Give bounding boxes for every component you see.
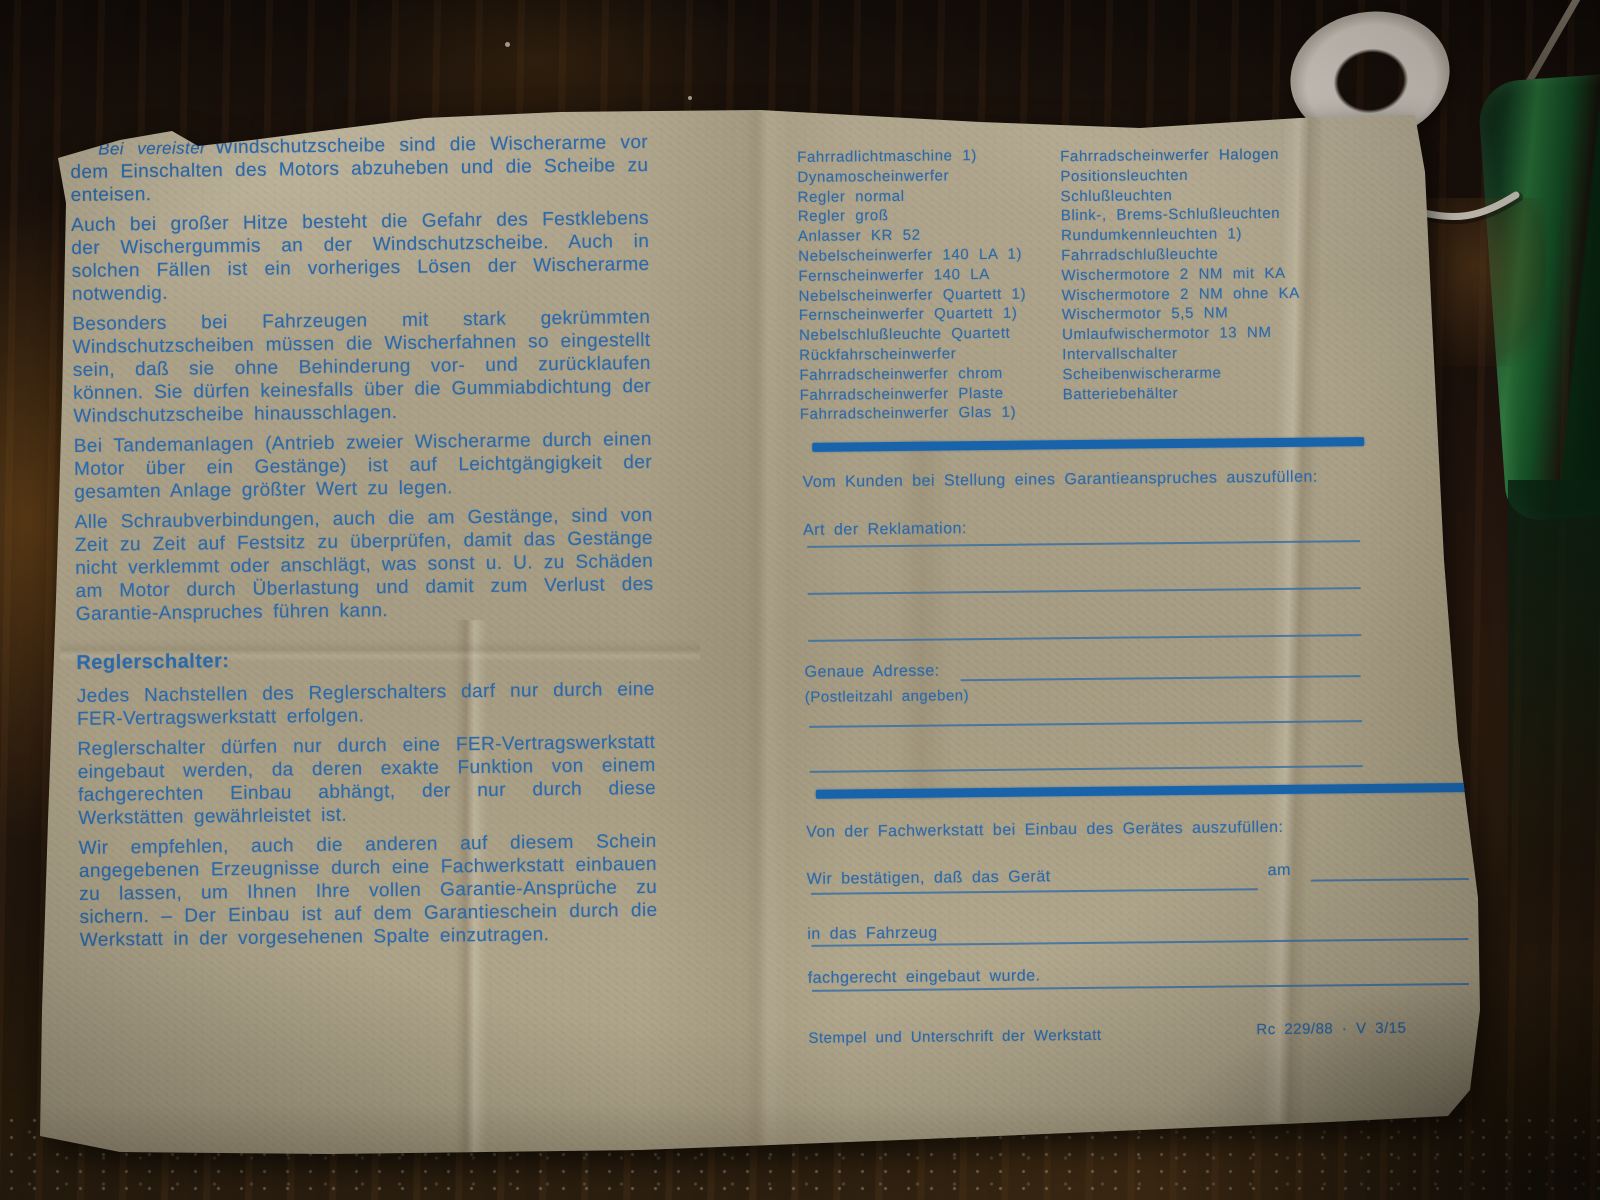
intro-paragraph: Bei Tandemanlagen (Antrieb zweier Wische… (74, 428, 653, 504)
product-item: Rückfahrscheinwerfer (799, 344, 1027, 366)
product-item: Positionsleuchten (1060, 165, 1298, 187)
instructions-column: Bei vereisterWindschutzscheibe sind die … (70, 131, 658, 959)
workshop-section-heading: Von der Fachwerkstatt bei Einbau des Ger… (806, 819, 1283, 842)
ruled-line (808, 634, 1361, 642)
ruled-line (811, 888, 1258, 895)
product-item: Wischermotore 2 NM ohne KA (1062, 283, 1300, 305)
ruled-line (1311, 878, 1469, 882)
form-column: Fahrradlichtmaschine 1) Dynamoscheinwerf… (795, 133, 1485, 1100)
form-code: Rc 229/88 · V 3/15 (1256, 1020, 1406, 1039)
product-item: Rundumkennleuchten 1) (1061, 224, 1299, 246)
customer-section-heading: Vom Kunden bei Stellung eines Garantiean… (802, 469, 1317, 492)
product-item: Fahrradscheinwerfer Glas 1) (800, 403, 1028, 425)
product-item: Regler normal (797, 185, 1025, 207)
product-item: Fernscheinwerfer Quartett 1) (799, 304, 1027, 326)
product-list-column-b: Fahrradscheinwerfer Halogen Positionsleu… (1060, 145, 1301, 405)
product-item: Fernscheinwerfer 140 LA (798, 264, 1026, 286)
product-item: Umlaufwischermotor 13 NM (1062, 323, 1300, 345)
photo-of-warranty-document: Bei vereisterWindschutzscheibe sind die … (0, 0, 1600, 1200)
product-item: Anlasser KR 52 (798, 225, 1026, 247)
field-label-am: am (1268, 862, 1291, 880)
product-item: Fahrradschlußleuchte (1061, 244, 1299, 266)
regler-paragraph: Reglerschalter dürfen nur durch eine FER… (77, 731, 656, 830)
field-label-adresse: Genaue Adresse: (804, 663, 939, 682)
field-label-fahrzeug: in das Fahrzeug (807, 925, 937, 944)
product-item: Fahrradscheinwerfer Halogen (1060, 145, 1298, 167)
field-label-reklamation: Art der Reklamation: (803, 520, 967, 540)
ruled-line (809, 720, 1362, 728)
product-item: Schlußleuchten (1061, 184, 1299, 206)
product-item: Fahrradscheinwerfer Plaste (800, 383, 1028, 405)
product-list-column-a: Fahrradlichtmaschine 1) Dynamoscheinwerf… (797, 146, 1027, 426)
field-label-geraet: Wir bestätigen, daß das Gerät (807, 868, 1051, 889)
fold-crease (742, 110, 790, 1150)
product-item: Scheibenwischerarme (1062, 362, 1300, 384)
divider-bar (816, 783, 1468, 799)
warranty-leaflet: Bei vereisterWindschutzscheibe sind die … (0, 0, 1600, 1200)
ruled-line (807, 540, 1360, 548)
product-item: Fahrradscheinwerfer chrom (799, 363, 1027, 385)
stamp-signature-label: Stempel und Unterschrift der Werkstatt (808, 1027, 1101, 1047)
ruled-line (961, 675, 1361, 681)
product-item: Fahrradlichtmaschine 1) (797, 146, 1025, 168)
paper-wrap: Bei vereisterWindschutzscheibe sind die … (0, 0, 1600, 1200)
product-item: Intervallschalter (1062, 343, 1300, 365)
field-note-postleitzahl: (Postleitzahl angeben) (805, 687, 969, 706)
ruled-line (810, 765, 1363, 773)
intro-paragraph: Bei vereisterWindschutzscheibe sind die … (70, 131, 649, 207)
product-item: Wischermotor 5,5 NM (1062, 303, 1300, 325)
intro-paragraph: Auch bei großer Hitze besteht die Gefahr… (71, 207, 650, 306)
field-label-eingebaut: fachgerecht eingebaut wurde. (808, 967, 1041, 987)
italic-lead: Bei vereister (98, 138, 206, 158)
product-item: Nebelschlußleuchte Quartett (799, 324, 1027, 346)
product-item: Nebelscheinwerfer Quartett 1) (799, 284, 1027, 306)
product-item: Nebelscheinwerfer 140 LA 1) (798, 245, 1026, 267)
regler-paragraph: Wir empfehlen, auch die anderen auf dies… (79, 830, 658, 952)
product-item: Regler groß (798, 205, 1026, 227)
product-item: Blink-, Brems-Schlußleuchten (1061, 204, 1299, 226)
product-item: Dynamoscheinwerfer (797, 165, 1025, 187)
intro-paragraph: Alle Schraubverbindungen, auch die am Ge… (75, 504, 654, 626)
ruled-line (808, 587, 1361, 595)
intro-paragraph: Besonders bei Fahrzeugen mit stark gekrü… (72, 306, 651, 428)
divider-bar (812, 437, 1364, 452)
section-heading-reglerschalter: Reglerschalter: (76, 645, 654, 675)
product-item: Batteriebehälter (1063, 382, 1301, 404)
product-item: Wischermotore 2 NM mit KA (1061, 264, 1299, 286)
regler-paragraph: Jedes Nachstellen des Reglerschalters da… (77, 678, 656, 731)
